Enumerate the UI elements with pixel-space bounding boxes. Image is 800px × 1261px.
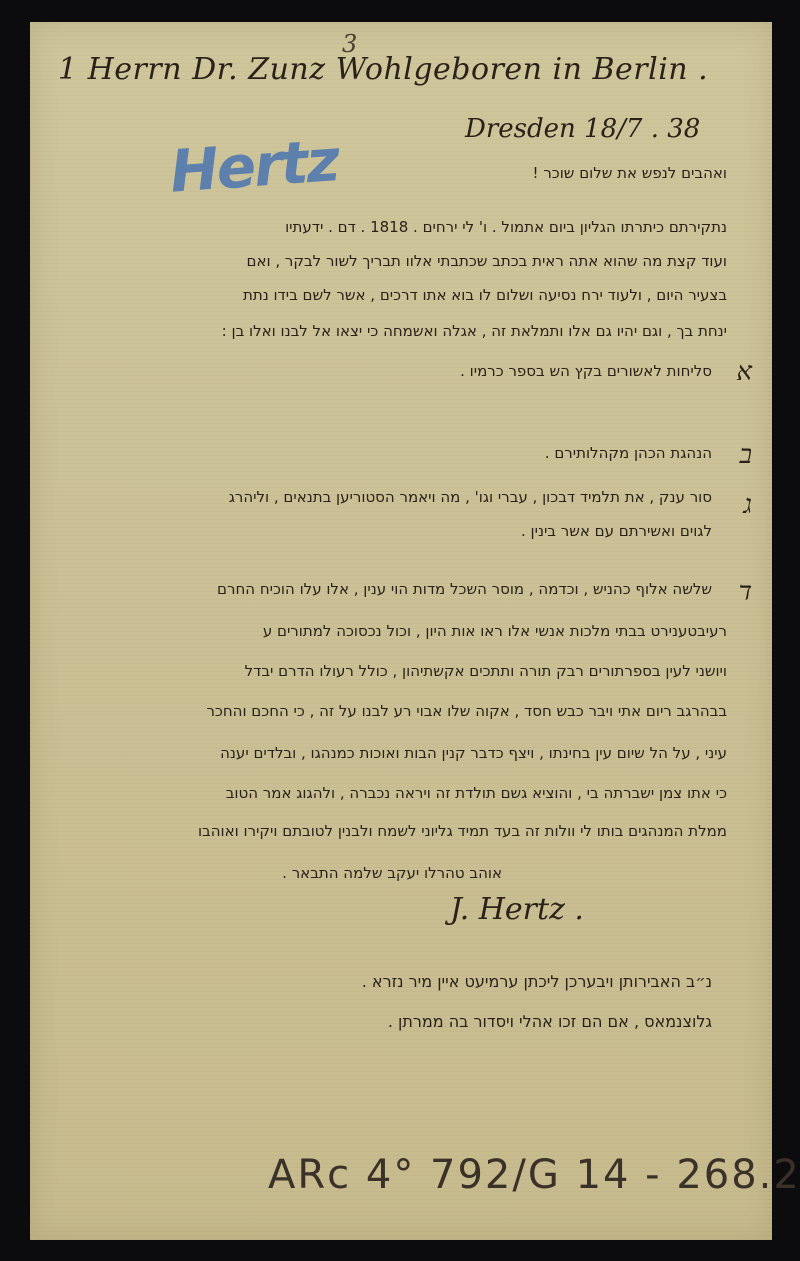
hebrew-line: עיני , על הל שיום עין בחינתו , ויצף כדבר… bbox=[220, 744, 727, 762]
postscript-line: גלוצנמאס , אם הם זכו אהלי ויסדור בה ממרת… bbox=[388, 1012, 712, 1031]
address-line: 1 Herrn Dr. Zunz Wohlgeboren in Berlin . bbox=[58, 52, 708, 87]
hebrew-line: ינחת בך , וגם יהיו גם אלו ותמלאת זה , אג… bbox=[222, 322, 727, 340]
signature: J. Hertz . bbox=[450, 892, 584, 927]
blue-pencil-annotation: Hertz bbox=[168, 126, 340, 206]
hebrew-line: סליחות לאשורים בקץ הש בספר כרמיו . bbox=[460, 362, 712, 380]
hebrew-line: לגוים ואשירתם עם אשר בינין . bbox=[521, 522, 712, 540]
item-number: ב bbox=[739, 440, 752, 470]
item-number: א bbox=[736, 357, 752, 387]
hebrew-line: כי אתו צמן ישברתה בי , והוציא גשם תולדת … bbox=[226, 784, 727, 802]
hebrew-line: ויושני לעין בספרתורים רבק תורה ותתכים אק… bbox=[245, 662, 727, 680]
date-line: Dresden 18/7 . 38 bbox=[465, 114, 700, 144]
archive-shelfmark: ARc 4° 792/G 14 - 268.2 bbox=[268, 1152, 800, 1198]
salutation: ואהבים לנפש את שלום שוכר ! bbox=[533, 164, 727, 182]
hebrew-line: בבהרגב ריום אתי ויבר כבש חסד , אקוה שלו … bbox=[206, 702, 727, 720]
hebrew-line: רעיבטענירט בבתי מלכות אנשי אלו ראו אות ה… bbox=[263, 622, 727, 640]
postscript-line: נ״ב האבירותן ויבערכן ליכתן ערמיעט איין מ… bbox=[362, 972, 712, 991]
hebrew-line: ממלת המנהגים בותו לי וולות זה בעד תמיד ג… bbox=[198, 822, 727, 840]
hebrew-line: ועוד קצת מה שהוא אתה ראית בכתב שכתבתי אל… bbox=[247, 252, 727, 270]
hebrew-line: סור ענק , את תלמיד דבכון , עברי וגו' , מ… bbox=[229, 488, 712, 506]
hebrew-line: בצעיר היום , ולעוד ירח נסיעה ושלום לו בו… bbox=[243, 286, 727, 304]
closing-line: אוהב טהרלו יעקב שלמה התבאר . bbox=[282, 864, 502, 882]
hebrew-line: הנהגת הכהן מקהלותירם . bbox=[545, 444, 712, 462]
item-number: ד bbox=[739, 577, 752, 607]
hebrew-line: שלשה אלוף כהניש , וכדמה , מוסר השכל מדות… bbox=[217, 580, 712, 598]
hebrew-line: נתקירתם כיתרתו הגליון ביום אתמול . ו' לי… bbox=[285, 218, 727, 236]
letter-page: 3 1 Herrn Dr. Zunz Wohlgeboren in Berlin… bbox=[30, 22, 772, 1240]
item-number: ג bbox=[743, 490, 752, 520]
